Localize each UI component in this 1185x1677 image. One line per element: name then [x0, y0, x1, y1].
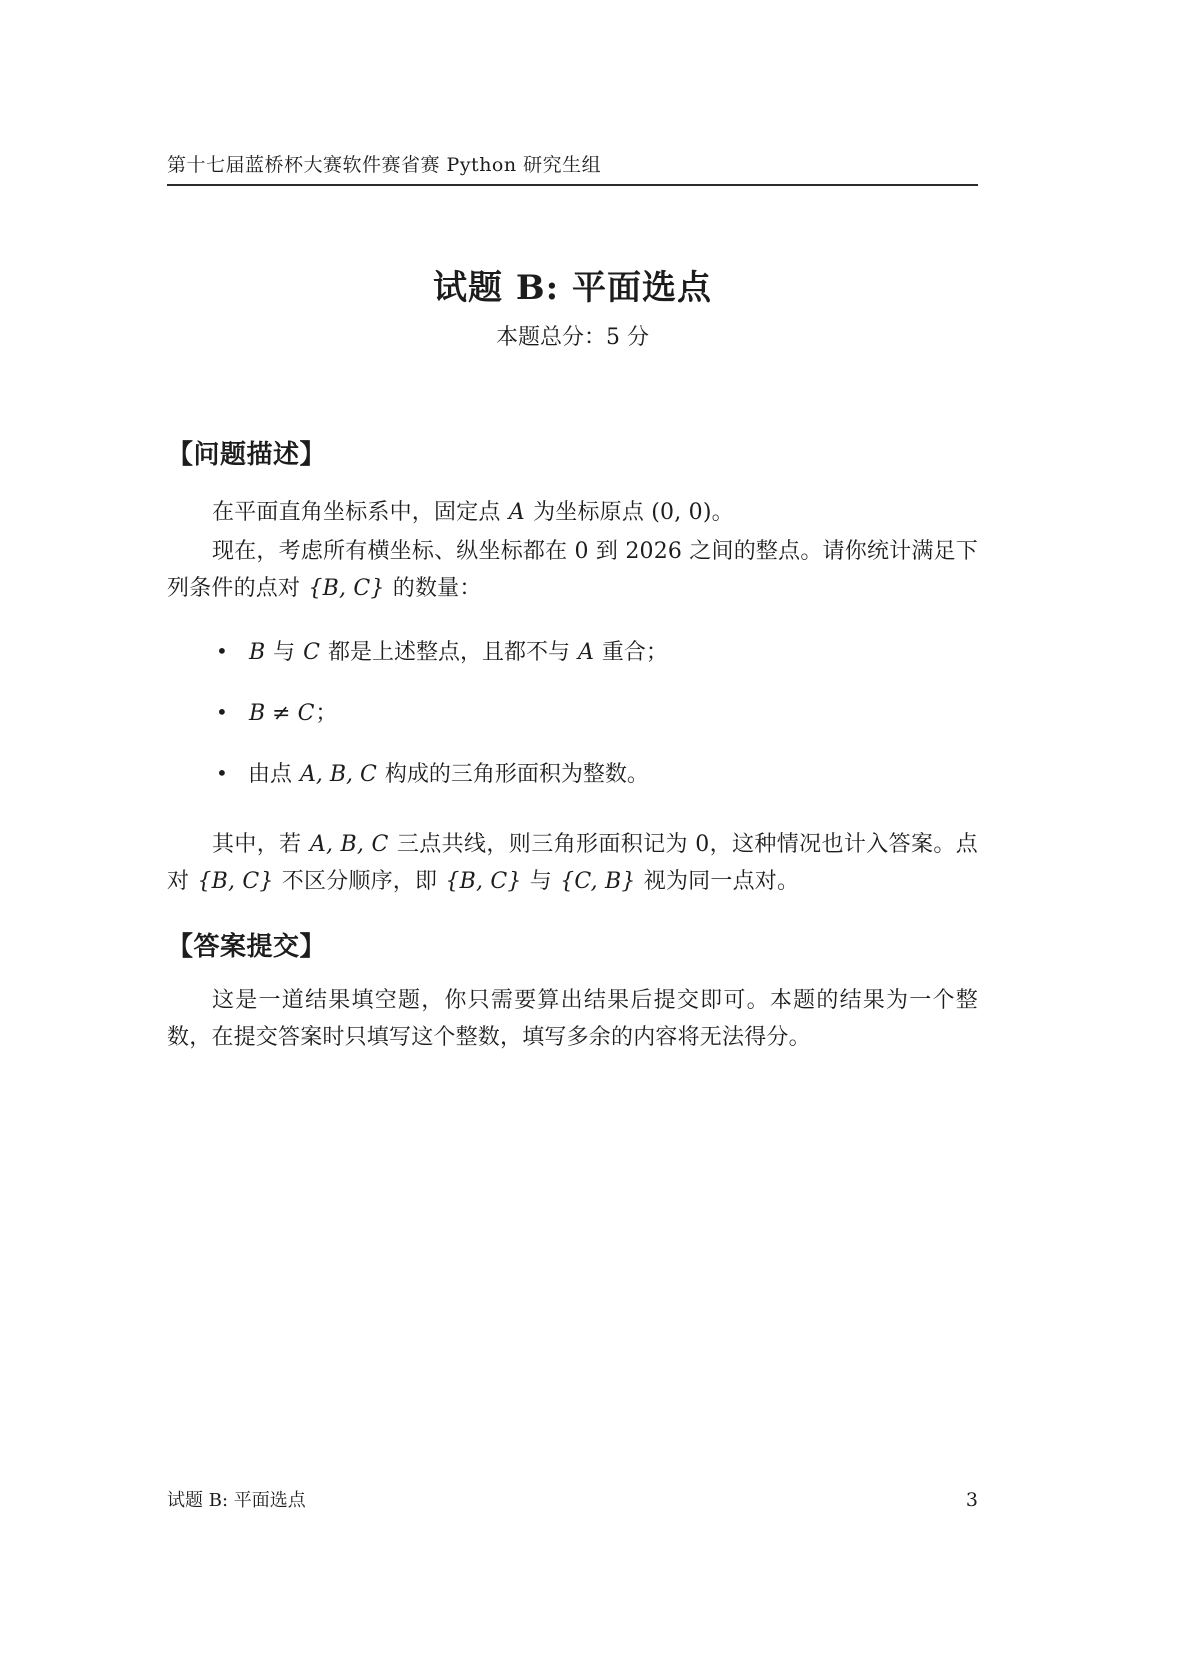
- text-run: 在平面直角坐标系中，固定点: [212, 500, 508, 525]
- page-footer: 试题 B: 平面选点 3: [167, 1486, 978, 1512]
- problem-paragraph-1: 在平面直角坐标系中，固定点 A 为坐标原点 (0, 0)。: [167, 494, 978, 531]
- list-item-text: 由点 A, B, C 构成的三角形面积为整数。: [248, 762, 649, 787]
- math-expression: A: [508, 500, 526, 525]
- list-item-text: B 与 C 都是上述整点，且都不与 A 重合；: [248, 640, 668, 665]
- condition-list: • B 与 C 都是上述整点，且都不与 A 重合； • B ≠ C； • 由点 …: [212, 634, 952, 817]
- problem-paragraph-3: 其中，若 A, B, C 三点共线，则三角形面积记为 0，这种情况也计入答案。点…: [167, 826, 978, 900]
- text-run: 由点: [248, 762, 299, 787]
- list-item-text: B ≠ C；: [248, 701, 337, 726]
- total-score-subtitle: 本题总分：5 分: [167, 320, 978, 351]
- list-item: • B 与 C 都是上述整点，且都不与 A 重合；: [212, 634, 952, 671]
- page-title: 试题 B: 平面选点: [167, 260, 978, 309]
- bullet-icon: •: [216, 755, 228, 792]
- list-item: • B ≠ C；: [212, 695, 952, 732]
- math-expression: {B, C}: [307, 576, 385, 601]
- math-expression: B: [248, 640, 266, 665]
- bullet-icon: •: [216, 694, 228, 731]
- text-run: 与: [266, 640, 302, 665]
- math-expression: C: [302, 640, 321, 665]
- problem-paragraph-2: 现在，考虑所有横坐标、纵坐标都在 0 到 2026 之间的整点。请你统计满足下列…: [167, 533, 978, 607]
- text-run: 视为同一点对。: [637, 869, 800, 894]
- math-expression: A: [577, 640, 595, 665]
- list-item: • 由点 A, B, C 构成的三角形面积为整数。: [212, 756, 952, 793]
- text-run: 构成的三角形面积为整数。: [378, 762, 649, 787]
- answer-submission-heading: 【答案提交】: [167, 926, 978, 963]
- text-run: 都是上述整点，且都不与: [321, 640, 577, 665]
- text-run: 不区分顺序，即: [275, 869, 445, 894]
- bullet-icon: •: [216, 633, 228, 670]
- math-expression: {B, C}: [196, 869, 274, 894]
- text-run: 与: [523, 869, 560, 894]
- math-expression: {C, B}: [559, 869, 636, 894]
- math-expression: B ≠ C: [248, 701, 315, 726]
- text-run: 重合；: [595, 640, 668, 665]
- text-run: 现在，考虑所有横坐标、纵坐标都在 0 到 2026 之间的整点。请你统计满足下列…: [167, 539, 978, 601]
- text-run: 的数量：: [386, 576, 482, 601]
- text-run: 为坐标原点 (0, 0)。: [526, 500, 734, 525]
- document-page: 第十七届蓝桥杯大赛软件赛省赛 Python 研究生组 试题 B: 平面选点 本题…: [0, 0, 1185, 1677]
- math-expression: A, B, C: [309, 832, 390, 857]
- text-run: ；: [315, 701, 337, 726]
- answer-paragraph: 这是一道结果填空题，你只需要算出结果后提交即可。本题的结果为一个整数，在提交答案…: [167, 982, 978, 1056]
- text-run: 其中，若: [212, 832, 309, 857]
- problem-description-heading: 【问题描述】: [167, 434, 978, 471]
- page-number: 3: [966, 1489, 978, 1511]
- footer-title: 试题 B: 平面选点: [167, 1486, 306, 1512]
- document-header: 第十七届蓝桥杯大赛软件赛省赛 Python 研究生组: [167, 152, 978, 186]
- math-expression: {B, C}: [444, 869, 522, 894]
- math-expression: A, B, C: [299, 762, 378, 787]
